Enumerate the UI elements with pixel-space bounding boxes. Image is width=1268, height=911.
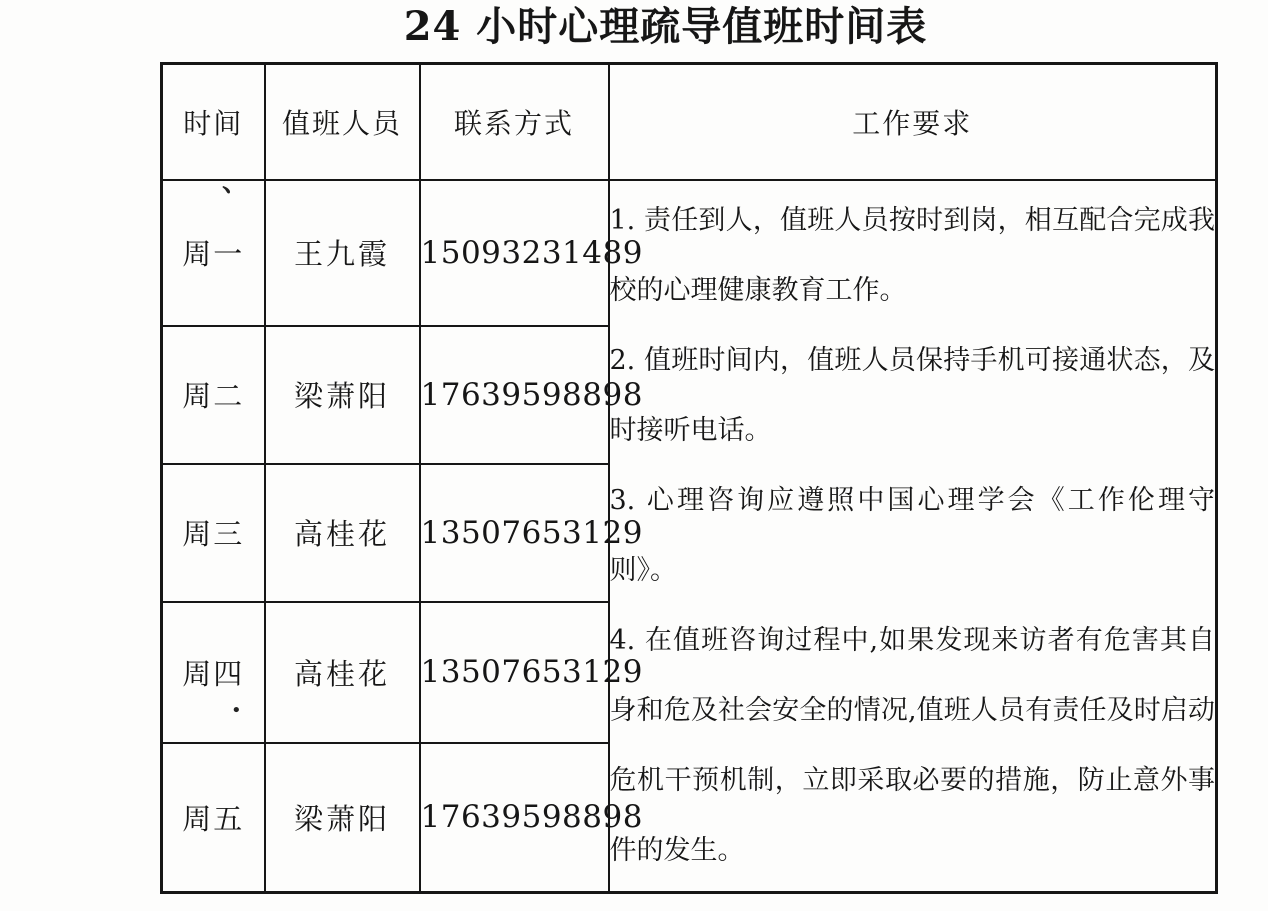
header-cell-time: 时间: [162, 64, 265, 180]
cell-phone-monday: 15093231489: [420, 180, 609, 326]
requirement-item-1: 1. 责任到人，值班人员按时到岗，相互配合完成我校的心理健康教育工作。: [610, 186, 1216, 326]
requirement-item-2: 2. 值班时间内，值班人员保持手机可接通状态，及时接听电话。: [610, 326, 1216, 466]
cell-person-friday: 梁萧阳: [265, 743, 420, 893]
cell-phone-wednesday: 13507653129: [420, 464, 609, 602]
requirement-item-4: 4. 在值班咨询过程中,如果发现来访者有危害其自身和危及社会安全的情况,值班人员…: [610, 606, 1216, 886]
table-row: 周一 王九霞 15093231489 1. 责任到人，值班人员按时到岗，相互配合…: [162, 180, 1217, 326]
cell-phone-thursday: 13507653129: [420, 602, 609, 743]
cell-day-monday: 周一: [162, 180, 265, 326]
cell-day-thursday: 周四: [162, 602, 265, 743]
scanned-document-page: 24 小时心理疏导值班时间表 时间 值班人员 联系方式 工作要求 周一 王九霞 …: [0, 0, 1268, 911]
cell-day-wednesday: 周三: [162, 464, 265, 602]
header-cell-requirements: 工作要求: [609, 64, 1217, 180]
header-cell-contact: 联系方式: [420, 64, 609, 180]
cell-person-thursday: 高桂花: [265, 602, 420, 743]
cell-person-tuesday: 梁萧阳: [265, 326, 420, 464]
table-header-row: 时间 值班人员 联系方式 工作要求: [162, 64, 1217, 180]
cell-day-friday: 周五: [162, 743, 265, 893]
cell-phone-tuesday: 17639598898: [420, 326, 609, 464]
cell-day-tuesday: 周二: [162, 326, 265, 464]
duty-schedule-table: 时间 值班人员 联系方式 工作要求 周一 王九霞 15093231489 1. …: [160, 62, 1218, 894]
cell-person-wednesday: 高桂花: [265, 464, 420, 602]
requirement-item-3: 3. 心理咨询应遵照中国心理学会《工作伦理守则》。: [610, 466, 1216, 606]
header-cell-person: 值班人员: [265, 64, 420, 180]
cell-phone-friday: 17639598898: [420, 743, 609, 893]
cell-person-monday: 王九霞: [265, 180, 420, 326]
page-title: 24 小时心理疏导值班时间表: [138, 2, 1193, 52]
requirements-cell: 1. 责任到人，值班人员按时到岗，相互配合完成我校的心理健康教育工作。 2. 值…: [609, 180, 1217, 893]
